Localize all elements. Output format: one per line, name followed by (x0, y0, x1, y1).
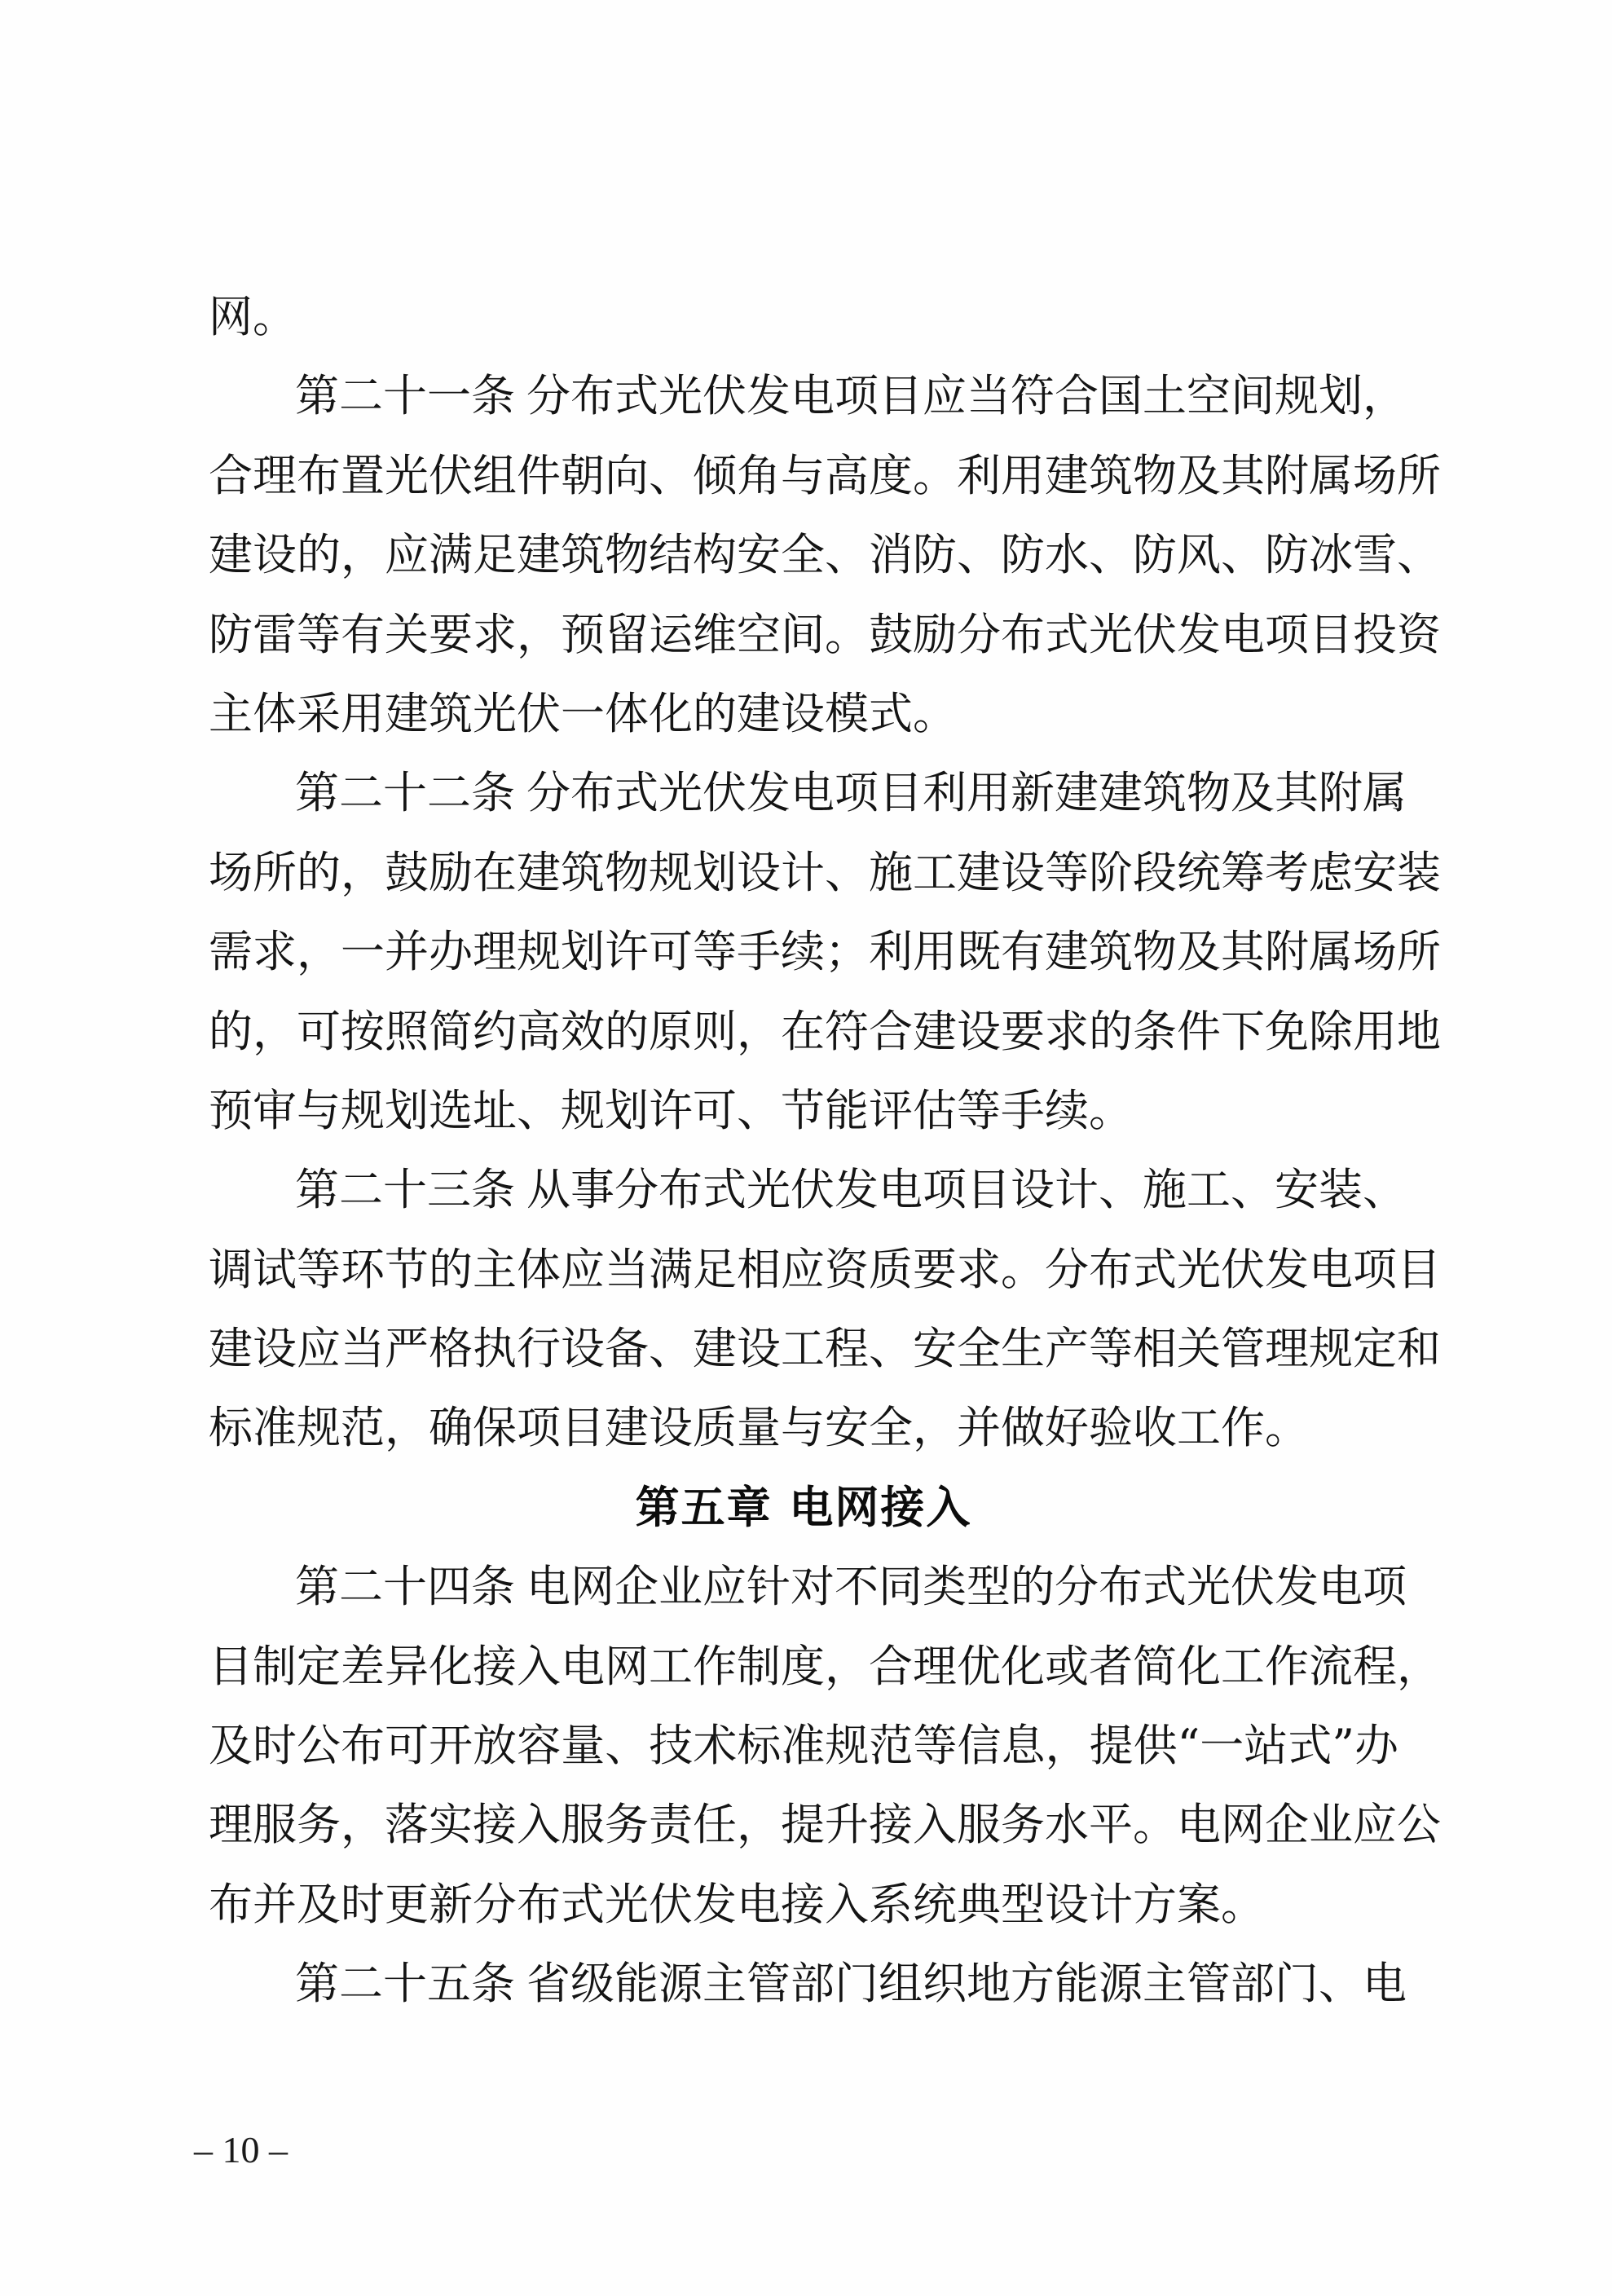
article-first-line: 第二十三条从事分布式光伏发电项目设计、施工、安装、 (209, 1150, 1398, 1229)
article-line: 标准规范，确保项目建设质量与安全，并做好验收工作。 (209, 1388, 1398, 1467)
article-line: 预审与规划选址、规划许可、节能评估等手续。 (209, 1071, 1398, 1150)
article-25: 第二十五条省级能源主管部门组织地方能源主管部门、电 (209, 1944, 1398, 2023)
article-number: 第二十三条 (295, 1164, 515, 1215)
article-line: 布并及时更新分布式光伏发电接入系统典型设计方案。 (209, 1865, 1398, 1944)
article-22: 第二十二条分布式光伏发电项目利用新建建筑物及其附属 场所的，鼓励在建筑物规划设计… (209, 753, 1398, 1150)
document-page: 网。 第二十一条分布式光伏发电项目应当符合国土空间规划， 合理布置光伏组件朝向、… (0, 0, 1612, 2296)
article-first-line: 第二十五条省级能源主管部门组织地方能源主管部门、电 (209, 1944, 1398, 2023)
article-line: 理服务，落实接入服务责任，提升接入服务水平。电网企业应公 (209, 1785, 1398, 1864)
article-number: 第二十四条 (295, 1561, 515, 1612)
chapter-heading: 第五章 电网接入 (209, 1468, 1398, 1547)
article-text: 省级能源主管部门组织地方能源主管部门、电 (526, 1958, 1407, 2009)
article-first-line: 第二十一条分布式光伏发电项目应当符合国土空间规划， (209, 356, 1398, 435)
article-line: 建设应当严格执行设备、建设工程、安全生产等相关管理规定和 (209, 1309, 1398, 1388)
article-line: 的，可按照简约高效的原则，在符合建设要求的条件下免除用地 (209, 992, 1398, 1071)
article-line: 场所的，鼓励在建筑物规划设计、施工建设等阶段统筹考虑安装 (209, 833, 1398, 912)
article-24: 第二十四条电网企业应针对不同类型的分布式光伏发电项 目制定差异化接入电网工作制度… (209, 1547, 1398, 1944)
article-text: 从事分布式光伏发电项目设计、施工、安装、 (526, 1164, 1407, 1215)
article-line: 目制定差异化接入电网工作制度，合理优化或者简化工作流程， (209, 1627, 1398, 1706)
article-23: 第二十三条从事分布式光伏发电项目设计、施工、安装、 调试等环节的主体应当满足相应… (209, 1150, 1398, 1468)
article-first-line: 第二十二条分布式光伏发电项目利用新建建筑物及其附属 (209, 753, 1398, 832)
article-text: 分布式光伏发电项目应当符合国土空间规划， (526, 370, 1407, 421)
article-text: 分布式光伏发电项目利用新建建筑物及其附属 (526, 767, 1407, 818)
article-line: 合理布置光伏组件朝向、倾角与高度。利用建筑物及其附属场所 (209, 436, 1398, 515)
article-number: 第二十一条 (295, 370, 515, 421)
article-text: 电网企业应针对不同类型的分布式光伏发电项 (526, 1561, 1407, 1612)
article-21: 第二十一条分布式光伏发电项目应当符合国土空间规划， 合理布置光伏组件朝向、倾角与… (209, 356, 1398, 753)
article-number: 第二十五条 (295, 1958, 515, 2009)
article-line: 调试等环节的主体应当满足相应资质要求。分布式光伏发电项目 (209, 1230, 1398, 1309)
article-line: 建设的，应满足建筑物结构安全、消防、防水、防风、防冰雪、 (209, 515, 1398, 594)
paragraph-continuation: 网。 (209, 277, 1398, 356)
article-first-line: 第二十四条电网企业应针对不同类型的分布式光伏发电项 (209, 1547, 1398, 1626)
article-line: 需求，一并办理规划许可等手续；利用既有建筑物及其附属场所 (209, 912, 1398, 991)
body-text: 网。 第二十一条分布式光伏发电项目应当符合国土空间规划， 合理布置光伏组件朝向、… (209, 277, 1398, 2024)
article-line: 主体采用建筑光伏一体化的建设模式。 (209, 674, 1398, 753)
page-number: – 10 – (194, 2126, 288, 2175)
article-number: 第二十二条 (295, 767, 515, 818)
article-line: 及时公布可开放容量、技术标准规范等信息，提供“一站式”办 (209, 1706, 1398, 1785)
article-line: 防雷等有关要求，预留运维空间。鼓励分布式光伏发电项目投资 (209, 595, 1398, 674)
